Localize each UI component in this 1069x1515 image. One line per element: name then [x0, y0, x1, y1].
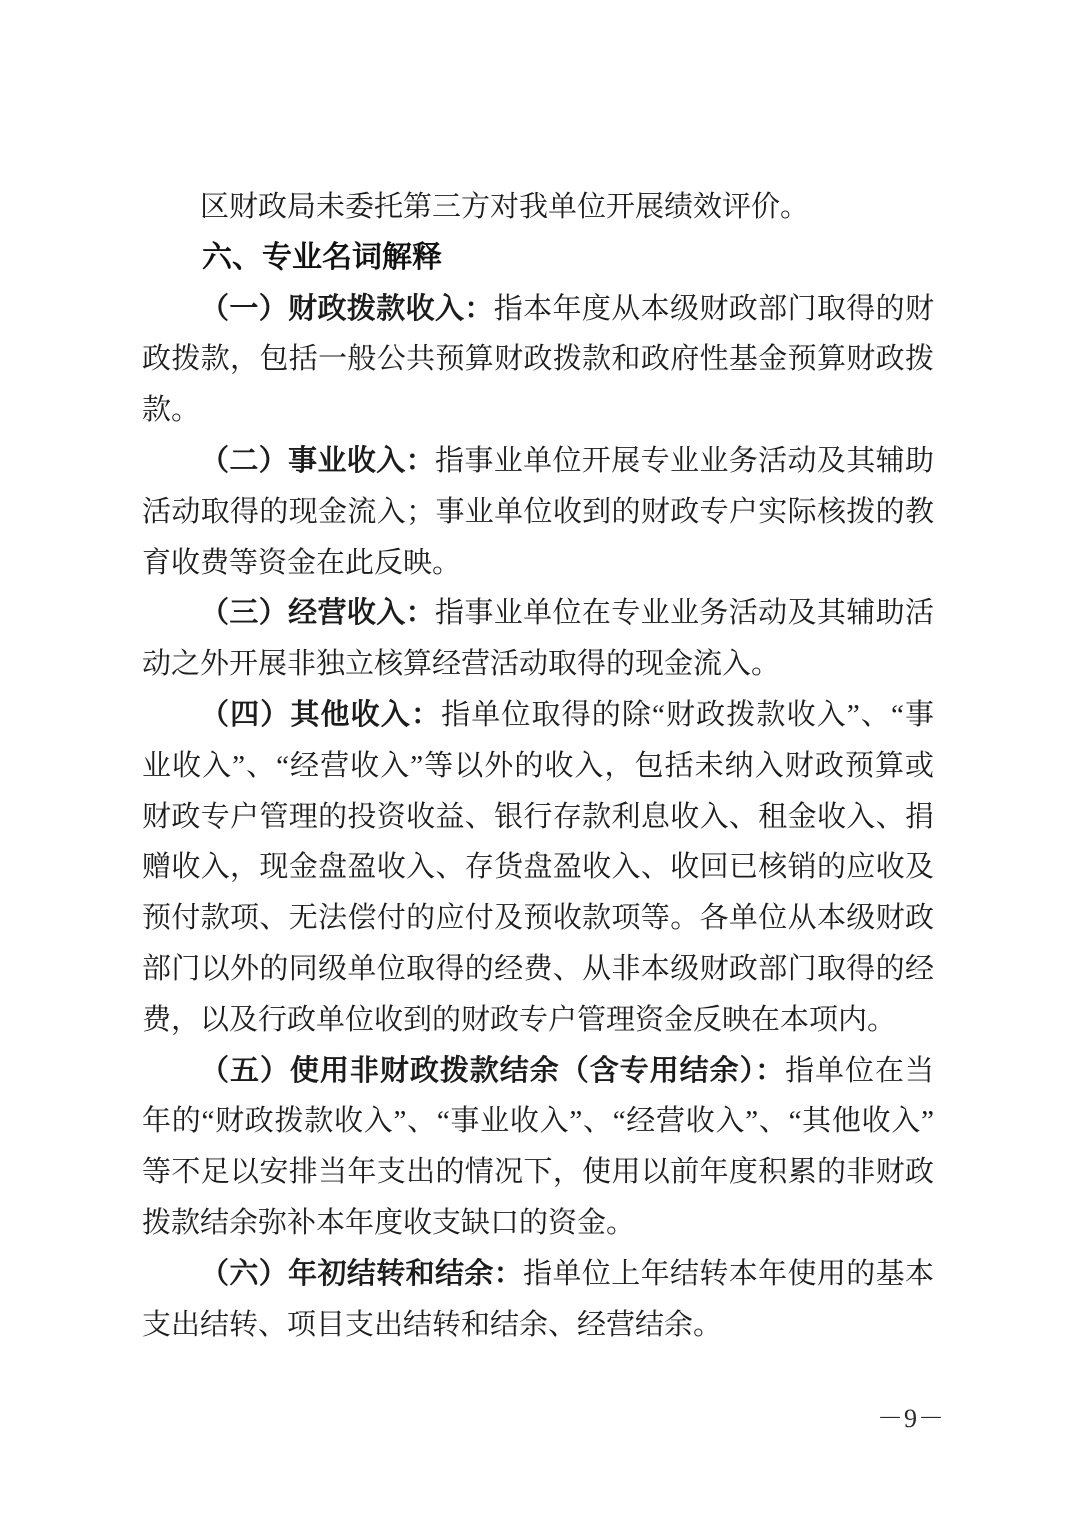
definition-paragraph-2: （二）事业收入：指事业单位开展专业业务活动及其辅助活动取得的现金流入；事业单位收…: [142, 436, 934, 588]
definition-term-5: （五）使用非财政拨款结余（含专用结余）：: [200, 1055, 785, 1087]
definition-paragraph-4: （四）其他收入：指单位取得的除“财政拨款收入”、“事业收入”、“经营收入”等以外…: [142, 690, 934, 1046]
definition-paragraph-6: （六）年初结转和结余：指单位上年结转本年使用的基本支出结转、项目支出结转和结余、…: [142, 1249, 934, 1351]
definition-term-6: （六）年初结转和结余：: [200, 1258, 523, 1290]
closing-paragraph: 区财政局未委托第三方对我单位开展绩效评价。: [142, 182, 934, 233]
definition-term-3: （三）经营收入：: [200, 597, 435, 629]
definition-paragraph-5: （五）使用非财政拨款结余（含专用结余）：指单位在当年的“财政拨款收入”、“事业收…: [142, 1046, 934, 1249]
definition-paragraph-3: （三）经营收入：指事业单位在专业业务活动及其辅助活动之外开展非独立核算经营活动取…: [142, 588, 934, 690]
section-heading: 六、专业名词解释: [142, 233, 934, 284]
page-number: －9－: [877, 1398, 945, 1435]
definition-paragraph-1: （一）财政拨款收入：指本年度从本级财政部门取得的财政拨款，包括一般公共预算财政拨…: [142, 284, 934, 436]
definition-text-4: 指单位取得的除“财政拨款收入”、“事业收入”、“经营收入”等以外的收入，包括未纳…: [142, 699, 934, 1036]
definition-term-2: （二）事业收入：: [200, 445, 435, 477]
definition-term-1: （一）财政拨款收入：: [200, 293, 494, 325]
definition-term-4: （四）其他收入：: [200, 699, 441, 731]
document-body: 区财政局未委托第三方对我单位开展绩效评价。 六、专业名词解释 （一）财政拨款收入…: [142, 182, 934, 1350]
document-page: 区财政局未委托第三方对我单位开展绩效评价。 六、专业名词解释 （一）财政拨款收入…: [0, 0, 1069, 1515]
